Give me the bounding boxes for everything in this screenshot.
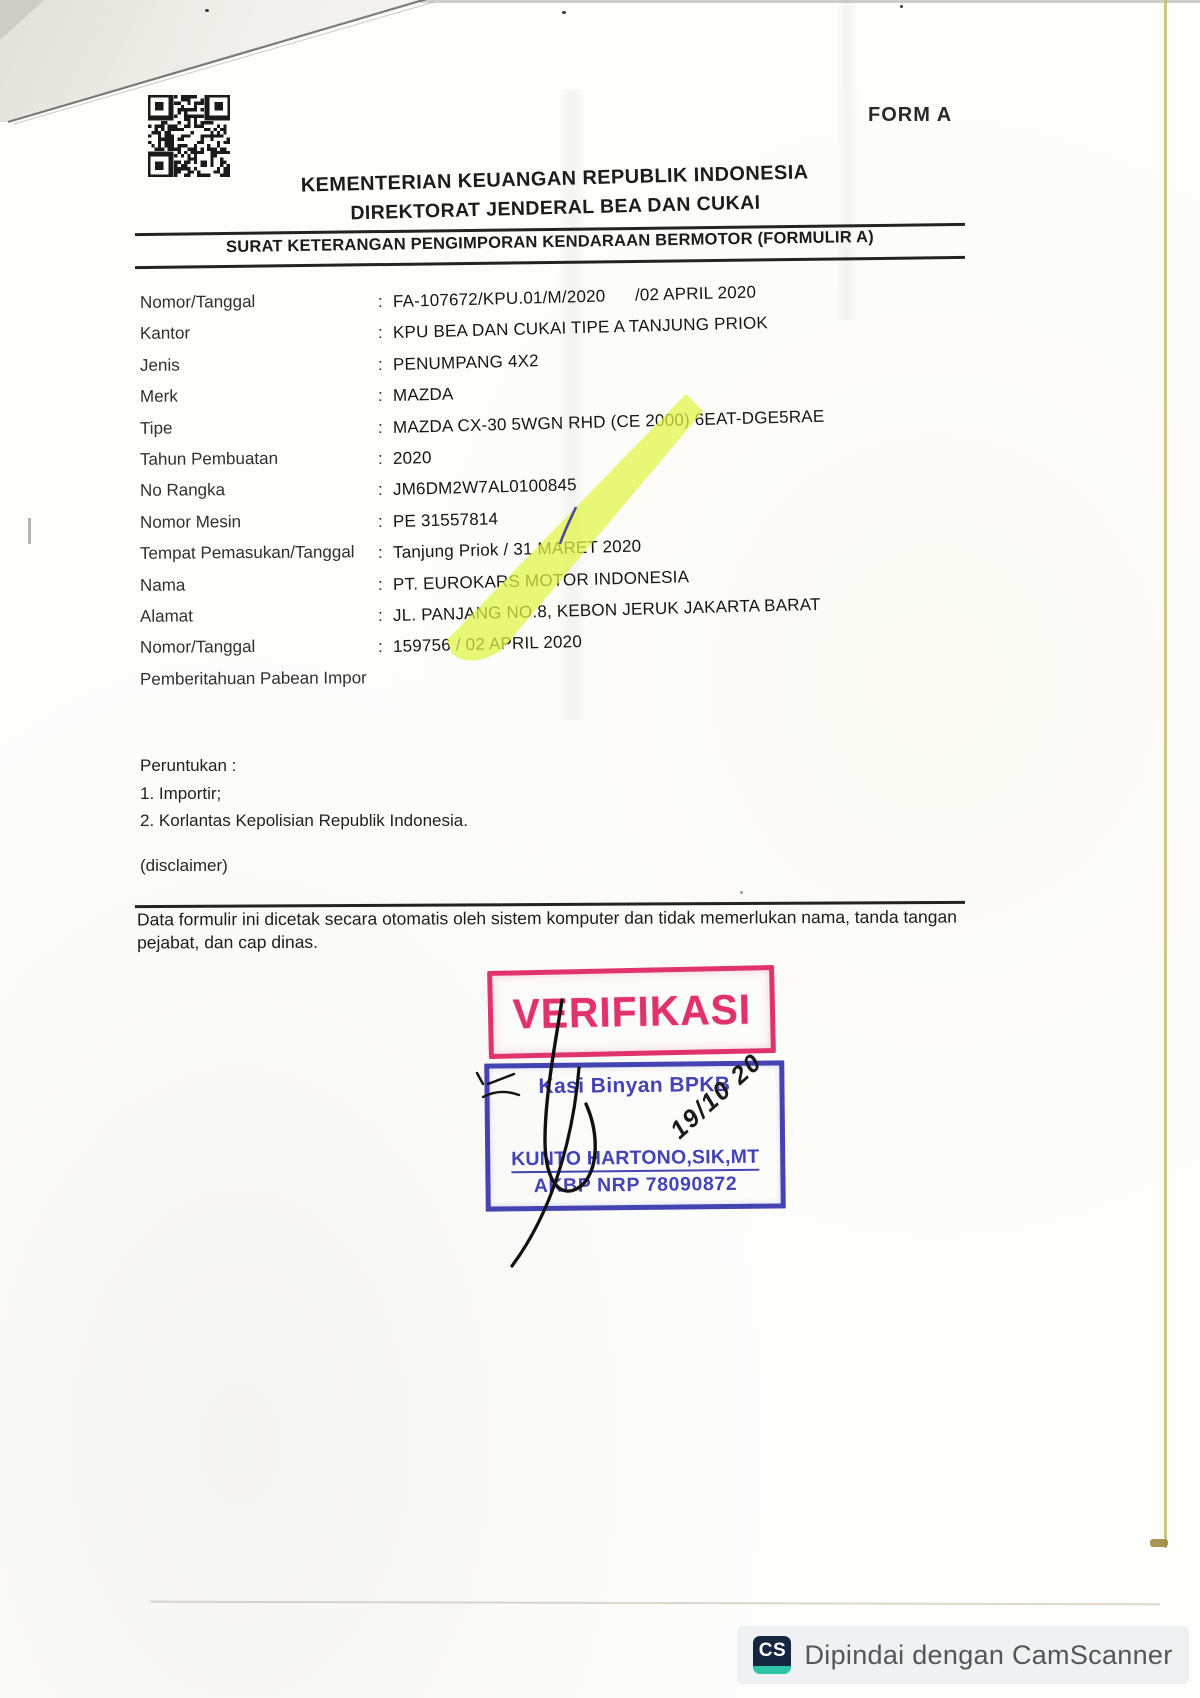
officer-stamp-name: KUNTO HARTONO,SIK,MT [511, 1146, 759, 1174]
paper-bottom-edge [150, 1601, 1160, 1606]
field-label: Nama [140, 574, 378, 596]
field-colon: : [378, 323, 393, 343]
scan-mark-left [28, 518, 31, 544]
form-a-label: FORM A [868, 104, 952, 127]
field-row: Jenis:PENUMPANG 4X2 [140, 355, 970, 386]
camscanner-bar: CS Dipindai dengan CamScanner [737, 1626, 1189, 1684]
field-row: Pemberitahuan Pabean Impor [140, 669, 970, 700]
field-label: Kantor [140, 323, 378, 345]
field-label: Merk [140, 385, 378, 407]
field-label: Tempat Pemasukan/Tanggal [140, 542, 378, 564]
camscanner-logo-strip [753, 1666, 791, 1674]
field-label: Jenis [140, 354, 378, 376]
camscanner-logo-text: CS [753, 1636, 791, 1666]
disclaimer-placeholder: (disclaimer) [140, 856, 228, 876]
field-colon: : [378, 480, 393, 500]
peruntukan-item: 1. Importir; [140, 780, 468, 808]
field-colon: : [378, 512, 393, 532]
peruntukan-section: Peruntukan : 1. Importir; 2. Korlantas K… [140, 752, 468, 835]
field-colon: : [378, 292, 393, 312]
scan-speck [205, 9, 209, 12]
field-colon: : [378, 449, 393, 469]
field-colon: : [378, 606, 393, 626]
camscanner-label: Dipindai dengan CamScanner [804, 1640, 1172, 1671]
field-value: JM6DM2W7AL0100845 [393, 476, 577, 501]
field-row: No Rangka:JM6DM2W7AL0100845 [140, 480, 970, 511]
verification-stamp-text: VERIFIKASI [512, 986, 751, 1039]
paper-right-edge [1164, 0, 1167, 1548]
camscanner-logo-icon: CS [753, 1636, 791, 1674]
field-label: Pemberitahuan Pabean Impor [140, 668, 367, 690]
field-colon: : [378, 418, 393, 438]
officer-stamp-rank: AKBP NRP 78090872 [534, 1173, 738, 1198]
field-colon: : [378, 543, 393, 563]
field-list: Nomor/Tanggal:FA-107672/KPU.01/M/2020 /0… [140, 292, 970, 700]
peruntukan-heading: Peruntukan : [140, 752, 468, 780]
field-value: FA-107672/KPU.01/M/2020 /02 APRIL 2020 [393, 282, 757, 312]
field-label: Tipe [140, 417, 378, 439]
field-label: Alamat [140, 605, 378, 627]
field-value: 2020 [393, 448, 432, 469]
verification-stamp: VERIFIKASI [487, 965, 776, 1059]
field-colon: : [378, 386, 393, 406]
scanned-document-page: FORM A KEMENTERIAN KEUANGAN REPUBLIK IND… [0, 0, 1200, 1698]
field-row: Tipe:MAZDA CX-30 5WGN RHD (CE 2000) 6EAT… [140, 418, 970, 449]
scan-speck [562, 11, 566, 14]
field-value: 159756 / 02 APRIL 2020 [393, 632, 583, 657]
field-value: PENUMPANG 4X2 [393, 351, 539, 375]
scan-top-edge [420, 0, 1200, 3]
field-label: Nomor/Tanggal [140, 636, 378, 658]
field-colon: : [378, 637, 393, 657]
field-row: Nomor/Tanggal:159756 / 02 APRIL 2020 [140, 637, 970, 668]
field-colon: : [378, 575, 393, 595]
field-label: No Rangka [140, 480, 378, 502]
field-label: Tahun Pembuatan [140, 448, 378, 470]
field-row: Kantor:KPU BEA DAN CUKAI TIPE A TANJUNG … [140, 323, 970, 354]
field-colon: : [378, 355, 393, 375]
scan-speck [900, 5, 903, 8]
field-value: MAZDA [393, 385, 454, 407]
field-label: Nomor/Tanggal [140, 291, 378, 313]
footer-note: Data formulir ini dicetak secara otomati… [137, 906, 979, 954]
field-value: PE 31557814 [393, 509, 499, 532]
field-label: Nomor Mesin [140, 511, 378, 533]
peruntukan-item: 2. Korlantas Kepolisian Republik Indones… [140, 807, 468, 835]
paper-edge-smudge [1150, 1539, 1168, 1547]
scan-speck [740, 891, 743, 894]
qr-code-icon [148, 95, 230, 177]
